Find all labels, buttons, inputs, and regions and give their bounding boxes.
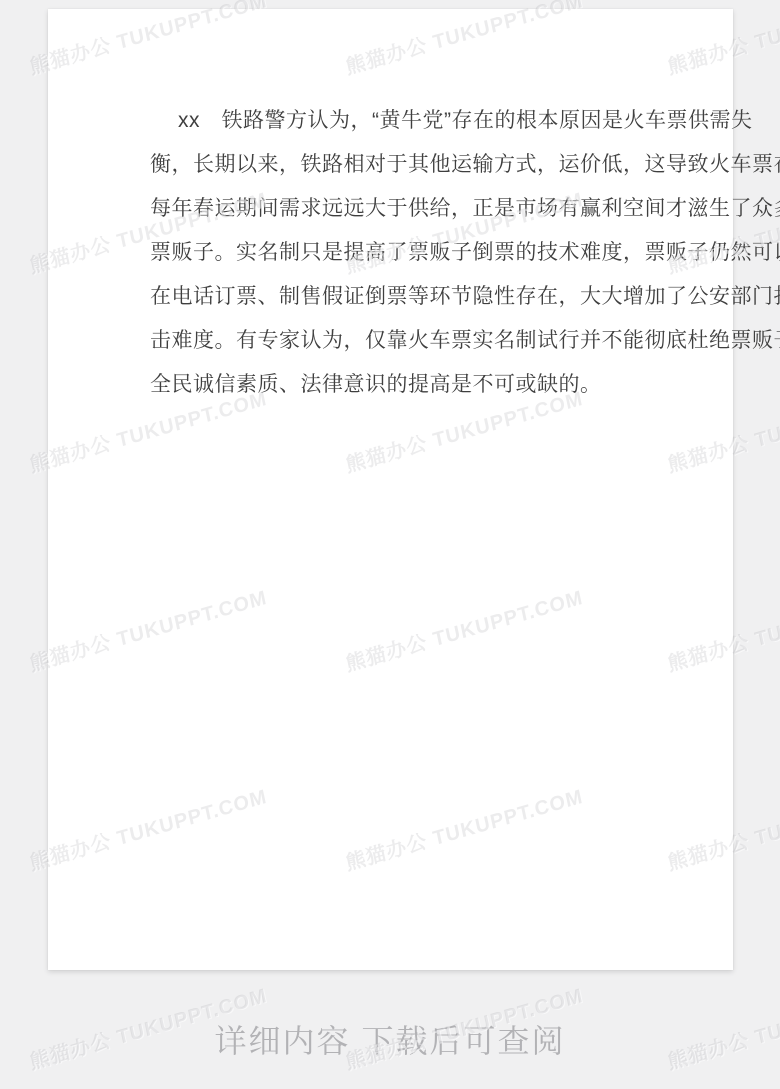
paragraph-line: 票贩子。实名制只是提高了票贩子倒票的技术难度，票贩子仍然可以 bbox=[150, 231, 642, 275]
paragraph-line: 衡，长期以来，铁路相对于其他运输方式，运价低，这导致火车票在 bbox=[150, 143, 642, 187]
paragraph-line: 击难度。有专家认为，仅靠火车票实名制试行并不能彻底杜绝票贩子， bbox=[150, 319, 642, 363]
footer-caption: 详细内容 下载后可查阅 bbox=[0, 1022, 780, 1060]
document-preview-stage: xx 铁路警方认为，“黄牛党”存在的根本原因是火车票供需失 衡，长期以来，铁路相… bbox=[0, 0, 780, 1089]
document-page: xx 铁路警方认为，“黄牛党”存在的根本原因是火车票供需失 衡，长期以来，铁路相… bbox=[48, 9, 733, 970]
document-paragraph: xx 铁路警方认为，“黄牛党”存在的根本原因是火车票供需失 衡，长期以来，铁路相… bbox=[150, 99, 642, 407]
paragraph-line: 全民诚信素质、法律意识的提高是不可或缺的。 bbox=[150, 363, 642, 407]
paragraph-line: xx 铁路警方认为，“黄牛党”存在的根本原因是火车票供需失 bbox=[150, 99, 642, 143]
paragraph-line: 在电话订票、制售假证倒票等环节隐性存在，大大增加了公安部门打 bbox=[150, 275, 642, 319]
paragraph-line: 每年春运期间需求远远大于供给，正是市场有赢利空间才滋生了众多 bbox=[150, 187, 642, 231]
